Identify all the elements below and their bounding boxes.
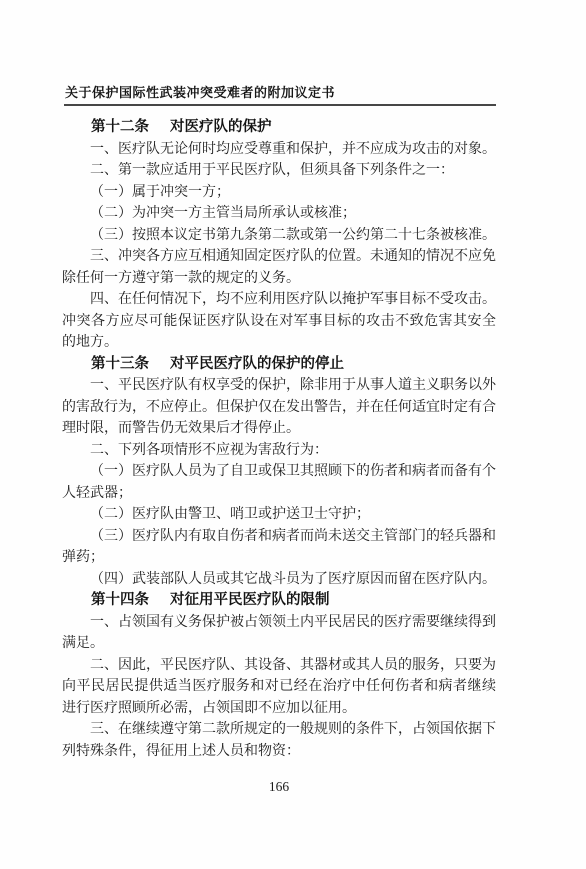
text-line: 弹药； (62, 547, 496, 569)
text-line: 进行医疗照顾所必需，占领国即不应加以征用。 (62, 698, 496, 720)
article-title: 对征用平民医疗队的限制 (170, 592, 330, 608)
text-line: 一、医疗队无论何时均应受尊重和保护，并不应成为攻击的对象。 (62, 139, 496, 161)
text-line: 的地方。 (62, 332, 496, 354)
text-line: 一、平民医疗队有权享受的保护，除非用于从事人道主义职务以外 (62, 375, 496, 397)
text-line: （三）按照本议定书第九条第二款或第一公约第二十七条被核准。 (62, 225, 496, 247)
article-number: 第十四条 (91, 592, 149, 608)
article-title: 对医疗队的保护 (170, 119, 272, 135)
text-line: 四、在任何情况下，均不应利用医疗队以掩护军事目标不受攻击。 (62, 289, 496, 311)
article-number: 第十三条 (91, 356, 149, 372)
article-section: 第十三条对平民医疗队的保护的停止一、平民医疗队有权享受的保护，除非用于从事人道主… (62, 354, 496, 591)
article-title: 对平民医疗队的保护的停止 (170, 356, 344, 372)
article-heading: 第十四条对征用平民医疗队的限制 (62, 590, 496, 612)
text-line: 除任何一方遵守第一款的规定的义务。 (62, 268, 496, 290)
text-line: 人轻武器； (62, 483, 496, 505)
running-head: 关于保护国际性武装冲突受难者的附加议定书 (65, 82, 499, 101)
text-line: （二）医疗队由警卫、哨卫或护送卫士守护； (62, 504, 496, 526)
text-line: 三、冲突各方应互相通知固定医疗队的位置。未通知的情况不应免 (62, 246, 496, 268)
text-line: 二、第一款应适用于平民医疗队，但须具备下列条件之一： (62, 160, 496, 182)
page-number: 166 (62, 779, 496, 795)
text-line: 的害敌行为，不应停止。但保护仅在发出警告，并在任何适宜时定有合 (62, 397, 496, 419)
text-line: 理时限，而警告仍无效果后才得停止。 (62, 418, 496, 440)
text-line: 二、下列各项情形不应视为害敌行为： (62, 440, 496, 462)
article-heading: 第十二条对医疗队的保护 (62, 117, 496, 139)
text-line: 二、因此，平民医疗队、其设备、其器材或其人员的服务，只要为 (62, 655, 496, 677)
article-number: 第十二条 (91, 119, 149, 135)
text-line: （四）武装部队人员或其它战斗员为了医疗原因而留在医疗队内。 (62, 569, 496, 591)
content: 第十二条对医疗队的保护一、医疗队无论何时均应受尊重和保护，并不应成为攻击的对象。… (62, 117, 496, 762)
text-line: 三、在继续遵守第二款所规定的一般规则的条件下，占领国依据下 (62, 719, 496, 741)
article-heading: 第十三条对平民医疗队的保护的停止 (62, 354, 496, 376)
header-divider-rule (64, 104, 496, 106)
text-line: 冲突各方应尽可能保证医疗队设在对军事目标的攻击不致危害其安全 (62, 311, 496, 333)
article-section: 第十四条对征用平民医疗队的限制一、占领国有义务保护被占领领土内平民居民的医疗需要… (62, 590, 496, 762)
text-line: 向平民居民提供适当医疗服务和对已经在治疗中任何伤者和病者继续 (62, 676, 496, 698)
text-line: （一）属于冲突一方； (62, 182, 496, 204)
text-line: （三）医疗队内有取自伤者和病者而尚未送交主管部门的轻兵器和 (62, 526, 496, 548)
text-line: （一）医疗队人员为了自卫或保卫其照顾下的伤者和病者而备有个 (62, 461, 496, 483)
text-line: 列特殊条件，得征用上述人员和物资： (62, 741, 496, 763)
article-section: 第十二条对医疗队的保护一、医疗队无论何时均应受尊重和保护，并不应成为攻击的对象。… (62, 117, 496, 354)
text-line: 一、占领国有义务保护被占领领土内平民居民的医疗需要继续得到 (62, 612, 496, 634)
text-line: 满足。 (62, 633, 496, 655)
document-page: 关于保护国际性武装冲突受难者的附加议定书 第十二条对医疗队的保护一、医疗队无论何… (0, 0, 586, 869)
text-line: （二）为冲突一方主管当局所承认或核准； (62, 203, 496, 225)
